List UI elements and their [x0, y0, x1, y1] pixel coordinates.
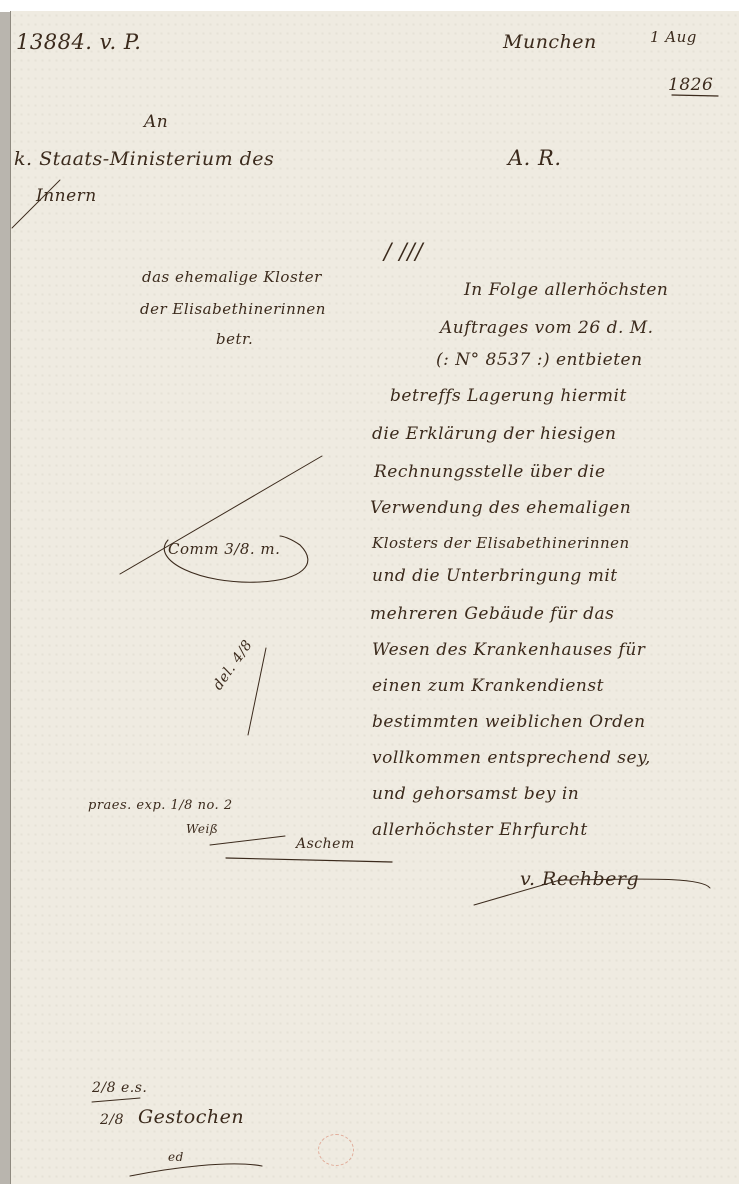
binding-edge: [0, 12, 10, 1184]
margin-note-praes: praes. exp. 1/8 no. 2: [88, 798, 233, 813]
scanned-page: 13884. v. P. Munchen 1 Aug 1826 An k. St…: [0, 0, 750, 1198]
subject-line-2: der Elisabethinerinnen: [140, 300, 326, 318]
body-line: einen zum Krankendienst: [372, 676, 604, 696]
bottom-word: Gestochen: [138, 1106, 244, 1128]
bottom-initials: ed: [168, 1150, 184, 1164]
faint-red-stamp: [318, 1134, 354, 1166]
body-line: Verwendung des ehemaligen: [370, 498, 631, 518]
subject-line-3: betr.: [216, 330, 253, 348]
clerk-signature: Aschem: [296, 836, 355, 852]
salutation: A. R.: [508, 146, 562, 170]
addressee-line-2: k. Staats-Ministerium des: [14, 148, 274, 170]
margin-note-praes-sub: Weiß: [186, 822, 218, 836]
reference-number: 13884. v. P.: [16, 30, 141, 54]
date-day-month: 1 Aug: [650, 28, 697, 46]
addressee-line-3: Innern: [36, 186, 97, 206]
place-name: Munchen: [503, 31, 597, 53]
body-line: In Folge allerhöchsten: [464, 280, 668, 300]
body-line: Wesen des Krankenhauses für: [372, 640, 645, 660]
body-line: und gehorsamst bey in: [372, 784, 579, 804]
body-line: Auftrages vom 26 d. M.: [440, 318, 654, 338]
date-year: 1826: [668, 75, 713, 95]
body-line: allerhöchster Ehrfurcht: [372, 820, 588, 840]
signature: v. Rechberg: [520, 868, 639, 890]
body-line: die Erklärung der hiesigen: [372, 424, 616, 444]
body-line: betreffs Lagerung hiermit: [390, 386, 627, 406]
subject-line-1: das ehemalige Kloster: [142, 268, 322, 286]
bottom-fraction-bottom: 2/8: [100, 1112, 124, 1128]
body-line: Klosters der Elisabethinerinnen: [372, 534, 630, 552]
body-line: vollkommen entsprechend sey,: [372, 748, 651, 768]
body-line: bestimmten weiblichen Orden: [372, 712, 646, 732]
bottom-fraction-top: 2/8 e.s.: [92, 1080, 147, 1096]
body-line: (: N° 8537 :) entbieten: [436, 350, 643, 370]
body-line: und die Unterbringung mit: [372, 566, 618, 586]
addressee-line-1: An: [144, 112, 168, 132]
margin-note-comm: Comm 3/8. m.: [168, 540, 280, 558]
paper-sheet: [10, 11, 739, 1184]
section-mark: / ///: [384, 240, 423, 265]
body-line: mehreren Gebäude für das: [370, 604, 614, 624]
body-line: Rechnungsstelle über die: [374, 462, 606, 482]
